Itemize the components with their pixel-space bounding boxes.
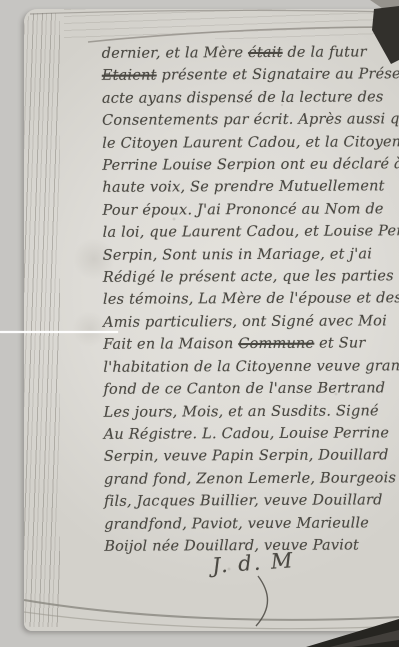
manuscript-segment: Pour époux. J'ai Prononcé au Nom de [102, 201, 383, 218]
manuscript-segment: grand fond, Zenon Lemerle, Bourgeois [104, 470, 396, 488]
manuscript-segment: Serpin, veuve Papin Serpin, Douillard [104, 448, 389, 465]
manuscript-line: Etaient présente et Signataire au Présen… [102, 64, 398, 88]
manuscript-line: la loi, que Laurent Cadou, et Louise Per… [103, 220, 399, 244]
manuscript-line: Serpin, veuve Papin Serpin, Douillard [104, 445, 399, 469]
manuscript-segment: la loi, que Laurent Cadou, et Louise Per… [103, 223, 399, 241]
manuscript-line: Consentements par écrit. Après aussi que [102, 108, 398, 132]
manuscript-segment: Amis particuliers, ont Signé avec Moi [103, 313, 387, 330]
manuscript-segment: Rédigé le présent acte, que les parties [103, 268, 394, 286]
struck-word: Etaient [102, 68, 157, 84]
manuscript-line: fils, Jacques Buillier, veuve Douillard [104, 489, 399, 513]
manuscript-line: Serpin, Sont unis in Mariage, et j'ai [103, 243, 399, 267]
scanned-register-page: dernier, et la Mère était de la futurEta… [0, 0, 399, 647]
manuscript-text: dernier, et la Mère était de la futurEta… [102, 41, 399, 558]
manuscript-segment: les témoins, La Mère de l'épouse et des [103, 291, 399, 309]
manuscript-line: fond de ce Canton de l'anse Bertrand [103, 377, 399, 401]
manuscript-line: grand fond, Zenon Lemerle, Bourgeois [104, 467, 399, 491]
manuscript-line: dernier, et la Mère était de la futur [102, 41, 398, 65]
manuscript-segment: fils, Jacques Buillier, veuve Douillard [104, 492, 383, 509]
manuscript-line: acte ayans dispensé de la lecture des [102, 86, 398, 110]
manuscript-segment: haute voix, Se prendre Mutuellement [102, 179, 384, 196]
manuscript-segment: Serpin, Sont unis in Mariage, et j'ai [103, 246, 372, 263]
manuscript-segment: fond de ce Canton de l'anse Bertrand [103, 380, 385, 397]
manuscript-line: Au Régistre. L. Cadou, Louise Perrine [104, 422, 399, 446]
manuscript-line: Les jours, Mois, et an Susdits. Signé [104, 400, 399, 424]
manuscript-segment: dernier, et la Mère [102, 45, 248, 62]
manuscript-segment: Au Régistre. L. Cadou, Louise Perrine [104, 425, 390, 442]
manuscript-segment: Perrine Louise Serpion ont eu déclaré à [102, 156, 399, 174]
manuscript-segment: de la futur [283, 44, 367, 60]
manuscript-segment: Fait en la Maison [103, 336, 238, 353]
manuscript-line: l'habitation de la Citoyenne veuve grand [103, 355, 399, 379]
manuscript-segment: Consentements par écrit. Après aussi que [102, 111, 399, 129]
manuscript-segment: et Sur [314, 336, 365, 352]
manuscript-segment: Les jours, Mois, et an Susdits. Signé [104, 403, 379, 420]
manuscript-line: Fait en la Maison Commune et Sur [103, 333, 399, 357]
struck-word: Commune [238, 336, 314, 352]
manuscript-line: les témoins, La Mère de l'épouse et des [103, 288, 399, 312]
manuscript-line: Rédigé le présent acte, que les parties [103, 265, 399, 289]
manuscript-line: grandfond, Paviot, veuve Marieulle [104, 512, 399, 536]
manuscript-line: le Citoyen Laurent Cadou, et la Citoyenn… [102, 131, 398, 155]
binding-corner-bottom-right-light [330, 630, 399, 647]
manuscript-segment: grandfond, Paviot, veuve Marieulle [104, 515, 369, 532]
manuscript-segment: acte ayans dispensé de la lecture des [102, 89, 384, 106]
struck-word: était [248, 45, 283, 61]
manuscript-line: Pour époux. J'ai Prononcé au Nom de [102, 198, 398, 222]
manuscript-segment: l'habitation de la Citoyenne veuve grand [103, 358, 399, 376]
manuscript-line: haute voix, Se prendre Mutuellement [102, 176, 398, 200]
manuscript-line: Perrine Louise Serpion ont eu déclaré à [102, 153, 398, 177]
page-edges-top [64, 9, 399, 39]
scanner-scratch-line [0, 331, 118, 333]
manuscript-segment: présente et Signataire au Présent [157, 67, 399, 84]
manuscript-segment: le Citoyen Laurent Cadou, et la Citoyenn… [102, 134, 399, 152]
page-edges-left [24, 13, 60, 627]
manuscript-line: Amis particuliers, ont Signé avec Moi [103, 310, 399, 334]
